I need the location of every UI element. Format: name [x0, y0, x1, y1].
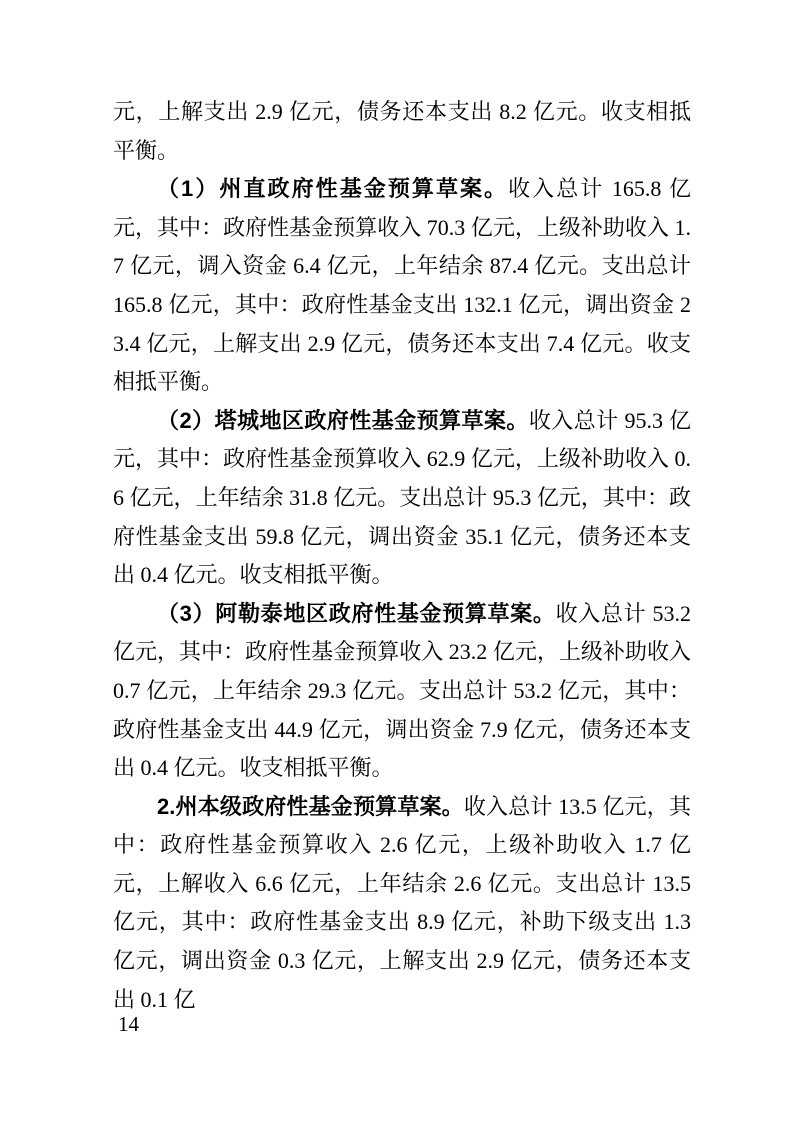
paragraph-text: 收入总计 53.2 亿元，其中：政府性基金预算收入 23.2 亿元，上级补助收入… [113, 601, 691, 780]
paragraph-text: 收入总计 95.3 亿元，其中：政府性基金预算收入 62.9 亿元，上级补助收入… [113, 408, 691, 587]
paragraph-text: 元，上解支出 2.9 亿元，债务还本支出 8.2 亿元。收支相抵平衡。 [113, 99, 691, 163]
paragraph-text: 收入总计 165.8 亿元，其中：政府性基金预算收入 70.3 亿元，上级补助收… [113, 176, 691, 394]
paragraph-lead: （2）塔城地区政府性基金预算草案。 [157, 408, 529, 433]
paragraph-section-1: （1）州直政府性基金预算草案。收入总计 165.8 亿元，其中：政府性基金预算收… [113, 170, 691, 402]
paragraph-continuation: 元，上解支出 2.9 亿元，债务还本支出 8.2 亿元。收支相抵平衡。 [113, 93, 691, 170]
paragraph-section-4: 2.州本级政府性基金预算草案。收入总计 13.5 亿元，其中：政府性基金预算收入… [113, 788, 691, 1020]
paragraph-lead: 2.州本级政府性基金预算草案。 [157, 794, 464, 819]
paragraph-lead: （3）阿勒泰地区政府性基金预算草案。 [157, 601, 556, 626]
page-number: 14 [118, 1010, 139, 1038]
paragraph-lead: （1）州直政府性基金预算草案。 [157, 176, 508, 201]
document-page: 元，上解支出 2.9 亿元，债务还本支出 8.2 亿元。收支相抵平衡。 （1）州… [0, 0, 793, 1122]
paragraph-text: 收入总计 13.5 亿元，其中：政府性基金预算收入 2.6 亿元，上级补助收入 … [113, 794, 691, 1012]
document-body: 元，上解支出 2.9 亿元，债务还本支出 8.2 亿元。收支相抵平衡。 （1）州… [113, 93, 691, 1019]
paragraph-section-2: （2）塔城地区政府性基金预算草案。收入总计 95.3 亿元，其中：政府性基金预算… [113, 402, 691, 595]
paragraph-section-3: （3）阿勒泰地区政府性基金预算草案。收入总计 53.2 亿元，其中：政府性基金预… [113, 595, 691, 788]
